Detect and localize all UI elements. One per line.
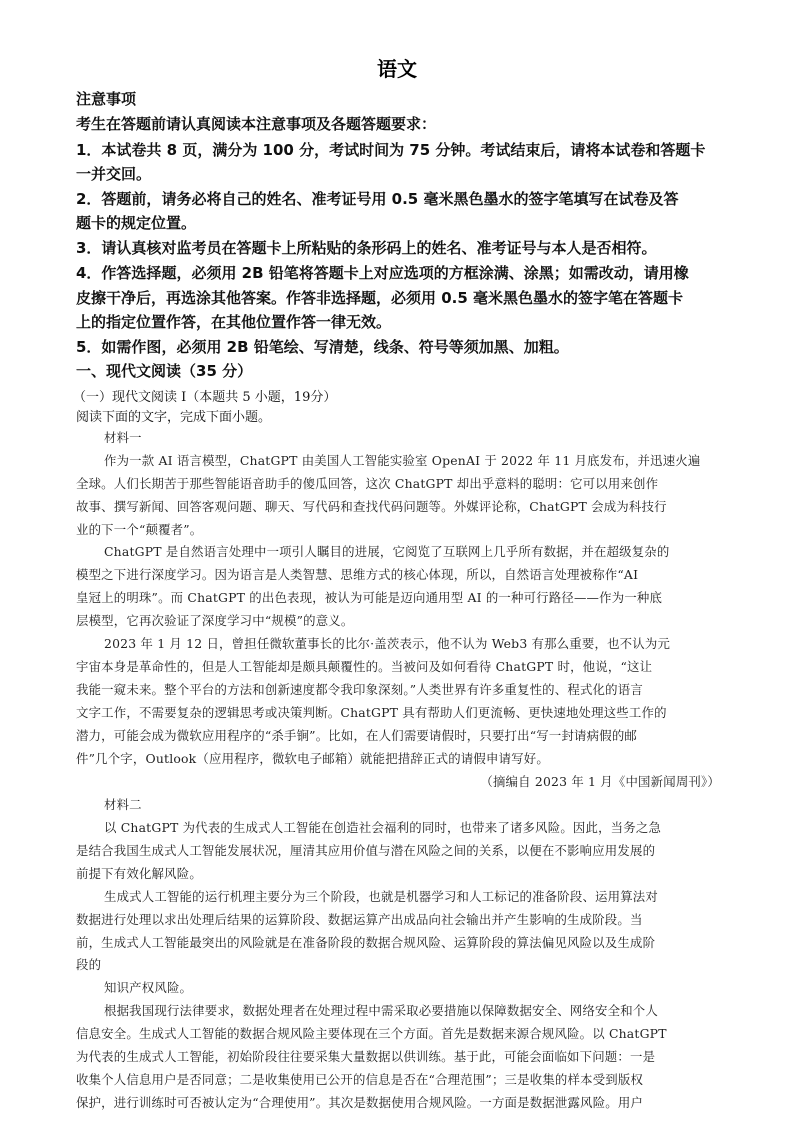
paragraph-line: 宇宙本身是革命性的，但是人工智能却是颇具颠覆性的。当被问及如何看待 ChatGP… bbox=[76, 657, 720, 675]
paragraph-line: 潜力，可能会成为微软应用程序的“杀手锏”。比如，在人们需要请假时，只要打出“写一… bbox=[76, 726, 720, 744]
notice-line: 上的指定位置作答，在其他位置作答一律无效。 bbox=[76, 311, 720, 332]
paragraph-line: 段的 bbox=[76, 955, 720, 973]
paragraph-line: 全球。人们长期苦于那些智能语音助手的傻瓜回答，这次 ChatGPT 却出乎意料的… bbox=[76, 474, 720, 492]
section-heading: 一、现代文阅读（35 分） bbox=[76, 360, 720, 381]
notice-line: 4．作答选择题，必须用 2B 铅笔将答题卡上对应选项的方框涂满、涂黑；如需改动，… bbox=[76, 262, 720, 283]
notice-line: 5．如需作图，必须用 2B 铅笔绘、写清楚，线条、符号等须加黑、加粗。 bbox=[76, 336, 720, 357]
paragraph-line: 业的下一个“颠覆者”。 bbox=[76, 520, 720, 538]
paragraph-line: 模型之下进行深度学习。因为语言是人类智慧、思维方式的核心体现，所以，自然语言处理… bbox=[76, 565, 720, 583]
paragraph-line: 数据进行处理以求出处理后结果的运算阶段、数据运算产出成品向社会输出并产生影响的生… bbox=[76, 910, 720, 928]
paragraph-line: 件”几个字，Outlook（应用程序，微软电子邮箱）就能把措辞正式的请假申请写好… bbox=[76, 749, 720, 767]
notice-line: 皮擦干净后，再选涂其他答案。作答非选择题，必须用 0.5 毫米黑色墨水的签字笔在… bbox=[76, 287, 720, 308]
paragraph-line: 层模型，它再次验证了深度学习中“规模”的意义。 bbox=[76, 611, 720, 629]
notice-intro: 考生在答题前请认真阅读本注意事项及各题答题要求： bbox=[76, 113, 720, 134]
paragraph-line: 皇冠上的明珠”。而 ChatGPT 的出色表现，被认为可能是迈向通用型 AI 的… bbox=[76, 588, 720, 606]
notice-line: 题卡的规定位置。 bbox=[76, 212, 720, 233]
notice-line: 3．请认真核对监考员在答题卡上所粘贴的条形码上的姓名、准考证号与本人是否相符。 bbox=[76, 237, 720, 258]
paragraph-line: 信息安全。生成式人工智能的数据合规风险主要体现在三个方面。首先是数据来源合规风险… bbox=[76, 1024, 720, 1042]
paragraph-line: 我能一窥未来。整个平台的方法和创新速度都令我印象深刻。”人类世界有许多重复性的、… bbox=[76, 680, 720, 698]
sub-section-heading: （一）现代文阅读 I（本题共 5 小题，19分） bbox=[73, 386, 717, 405]
source-citation: （摘编自 2023 年 1 月《中国新闻周刊》） bbox=[76, 772, 720, 790]
reading-instruction: 阅读下面的文字，完成下面小题。 bbox=[76, 406, 720, 425]
paragraph-line: 为代表的生成式人工智能，初始阶段往往要采集大量数据以供训练。基于此，可能会面临如… bbox=[76, 1047, 720, 1065]
material-label: 材料一 bbox=[104, 428, 720, 446]
paragraph-line: 知识产权风险。 bbox=[104, 978, 720, 996]
paragraph-line: 收集个人信息用户是否同意；二是收集使用已公开的信息是否在“合理范围”；三是收集的… bbox=[76, 1070, 720, 1088]
notice-line: 2．答题前，请务必将自己的姓名、准考证号用 0.5 毫米黑色墨水的签字笔填写在试… bbox=[76, 188, 720, 209]
exam-page: 语文 注意事项 考生在答题前请认真阅读本注意事项及各题答题要求： 1．本试卷共 … bbox=[0, 0, 794, 1124]
paragraph-line: ChatGPT 是自然语言处理中一项引人瞩目的进展，它阅览了互联网上几乎所有数据… bbox=[104, 542, 720, 560]
material-label: 材料二 bbox=[104, 795, 720, 813]
paragraph-line: 是结合我国生成式人工智能发展状况，厘清其应用价值与潜在风险之间的关系，以便在不影… bbox=[76, 841, 720, 859]
notice-heading: 注意事项 bbox=[76, 88, 720, 109]
paragraph-line: 2023 年 1 月 12 日，曾担任微软董事长的比尔·盖茨表示，他不认为 We… bbox=[104, 634, 720, 652]
paragraph-line: 前提下有效化解风险。 bbox=[76, 864, 720, 882]
page-title: 语文 bbox=[0, 56, 794, 82]
paragraph-line: 保护，进行训练时可否被认定为“合理使用”。其次是数据使用合规风险。一方面是数据泄… bbox=[76, 1093, 720, 1111]
paragraph-line: 生成式人工智能的运行机理主要分为三个阶段，也就是机器学习和人工标记的准备阶段、运… bbox=[104, 887, 720, 905]
paragraph-line: 以 ChatGPT 为代表的生成式人工智能在创造社会福利的同时，也带来了诸多风险… bbox=[104, 818, 720, 836]
notice-line: 一并交回。 bbox=[76, 163, 720, 184]
paragraph-line: 故事、撰写新闻、回答客观问题、聊天、写代码和查找代码问题等。外媒评论称，Chat… bbox=[76, 497, 720, 515]
notice-line: 1．本试卷共 8 页，满分为 100 分，考试时间为 75 分钟。考试结束后，请… bbox=[76, 139, 720, 160]
paragraph-line: 作为一款 AI 语言模型，ChatGPT 由美国人工智能实验室 OpenAI 于… bbox=[104, 451, 720, 469]
paragraph-line: 前，生成式人工智能最突出的风险就是在准备阶段的数据合规风险、运算阶段的算法偏见风… bbox=[76, 933, 720, 951]
paragraph-line: 根据我国现行法律要求，数据处理者在处理过程中需采取必要措施以保障数据安全、网络安… bbox=[104, 1001, 720, 1019]
paragraph-line: 文字工作，不需要复杂的逻辑思考或决策判断。ChatGPT 具有帮助人们更流畅、更… bbox=[76, 703, 720, 721]
